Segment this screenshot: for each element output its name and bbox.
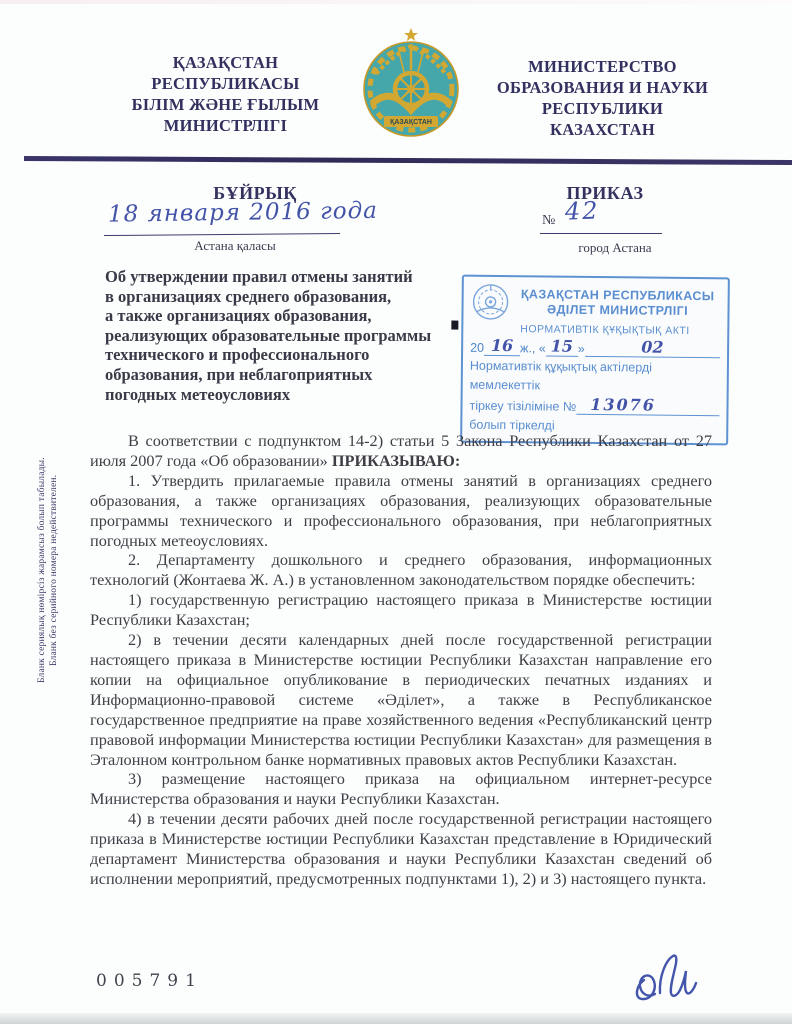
title-line: а также организациях образования, (105, 306, 477, 326)
separator-guilloche-band (24, 156, 792, 165)
order-body: В соответствии с подпунктом 14-2) статьи… (90, 431, 712, 889)
stamp-org-line: ӘДІЛЕТ МИНИСТРЛІГІ (514, 302, 720, 319)
title-line: в организациях среднего образования, (105, 287, 477, 307)
stamp-emblem-icon (470, 282, 510, 322)
ministry-kk-line: МИНИСТРЛІГІ (118, 115, 333, 136)
ministry-ru-line: КАЗАХСТАН (480, 119, 725, 140)
body-paragraph: 3) размещение настоящего приказа на офиц… (90, 769, 712, 809)
justice-registration-stamp: ҚАЗАҚСТАН РЕСПУБЛИКАСЫ ӘДІЛЕТ МИНИСТРЛІГ… (460, 275, 730, 446)
stamp-org-name: ҚАЗАҚСТАН РЕСПУБЛИКАСЫ ӘДІЛЕТ МИНИСТРЛІГ… (514, 287, 720, 319)
place-label-ru: город Астана (560, 240, 670, 256)
body-intro-paragraph: В соответствии с подпунктом 14-2) статьи… (90, 431, 712, 471)
stamp-handwritten-day: 15 (546, 336, 578, 356)
ministry-kk-line: БІЛІМ ЖӘНЕ ҒЫЛЫМ (118, 94, 333, 115)
scan-edge-artifact (0, 1013, 792, 1024)
security-line-ru: Бланк без серийного номера недействителе… (48, 420, 60, 720)
number-underline (540, 233, 662, 234)
date-underline (104, 233, 340, 236)
order-label-ru: ПРИКАЗ (540, 183, 670, 204)
security-note-vertical: Бланк сериялық нөмірсіз жарамсыз болып т… (36, 420, 78, 720)
stamp-handwritten-reg-number: 13076 (576, 395, 719, 416)
body-paragraph: 1. Утвердить прилагаемые правила отмены … (90, 471, 712, 551)
stamp-doc-type: НОРМАТИВТІК ҚҰҚЫҚТЫҚ АКТІ (520, 323, 720, 337)
handwritten-date: 18 января 2016 года (108, 198, 340, 227)
svg-text:ҚАЗАҚСТАН: ҚАЗАҚСТАН (390, 119, 432, 126)
stamp-reg-number-row: тіркеу тізіліміне № 13076 (469, 395, 719, 419)
title-line: Об утверждении правил отмены занятий (105, 267, 477, 287)
ministry-name-ru: МИНИСТЕРСТВО ОБРАЗОВАНИЯ И НАУКИ РЕСПУБЛ… (480, 56, 725, 140)
stamp-reg-line1: Нормативтік құқықтық актілерді мемлекетт… (470, 357, 720, 398)
blank-serial-number: 005791 (96, 971, 203, 991)
title-line: образования, при неблагоприятных (105, 365, 477, 385)
place-label-kk: Астана қаласы (155, 238, 315, 254)
scanned-document-page: ҚАЗАҚСТАН РЕСПУБЛИКАСЫ БІЛІМ ЖӘНЕ ҒЫЛЫМ … (0, 0, 792, 1024)
body-paragraph: 4) в течении десяти рабочих дней после г… (90, 809, 712, 889)
signature-paraph (628, 946, 710, 1008)
state-emblem-icon: ҚАЗАҚСТАН (362, 26, 460, 140)
title-line: технического и профессионального (105, 345, 477, 365)
scan-edge-artifact (0, 0, 792, 4)
ministry-kk-line: РЕСПУБЛИКАСЫ (118, 73, 333, 94)
ministry-ru-line: ОБРАЗОВАНИЯ И НАУКИ (480, 77, 725, 98)
body-paragraph: 2) в течении десяти календарных дней пос… (90, 630, 712, 769)
title-line: реализующих образовательные программы (105, 326, 477, 346)
ministry-kk-line: ҚАЗАҚСТАН (118, 52, 333, 73)
ministry-name-kk: ҚАЗАҚСТАН РЕСПУБЛИКАСЫ БІЛІМ ЖӘНЕ ҒЫЛЫМ … (118, 52, 333, 136)
scan-ink-artifact (451, 320, 458, 329)
ministry-ru-line: РЕСПУБЛИКИ (480, 98, 725, 119)
handwritten-order-number: 42 (565, 196, 601, 225)
stamp-date-row: 20 16 ж., « 15 » 02 (470, 337, 720, 360)
stamp-date-middle: ж., « (520, 341, 546, 355)
body-paragraph: 2. Департаменту дошкольного и среднего о… (90, 550, 712, 590)
document-title: Об утверждении правил отмены занятий в о… (105, 267, 477, 404)
stamp-handwritten-month: 02 (585, 337, 721, 358)
stamp-year-prefix: 20 (470, 341, 484, 355)
title-line: погодных метеоусловиях (105, 385, 477, 405)
stamp-org-line: ҚАЗАҚСТАН РЕСПУБЛИКАСЫ (515, 287, 721, 304)
order-number-prefix: № (542, 213, 555, 229)
ministry-ru-line: МИНИСТЕРСТВО (480, 56, 725, 77)
body-intro-bold: ПРИКАЗЫВАЮ: (332, 451, 460, 470)
body-paragraph: 1) государственную регистрацию настоящег… (90, 590, 712, 630)
security-line-kk: Бланк сериялық нөмірсіз жарамсыз болып т… (36, 420, 48, 720)
stamp-handwritten-year: 16 (484, 336, 520, 356)
stamp-reg-line2-prefix: тіркеу тізіліміне № (469, 397, 576, 417)
